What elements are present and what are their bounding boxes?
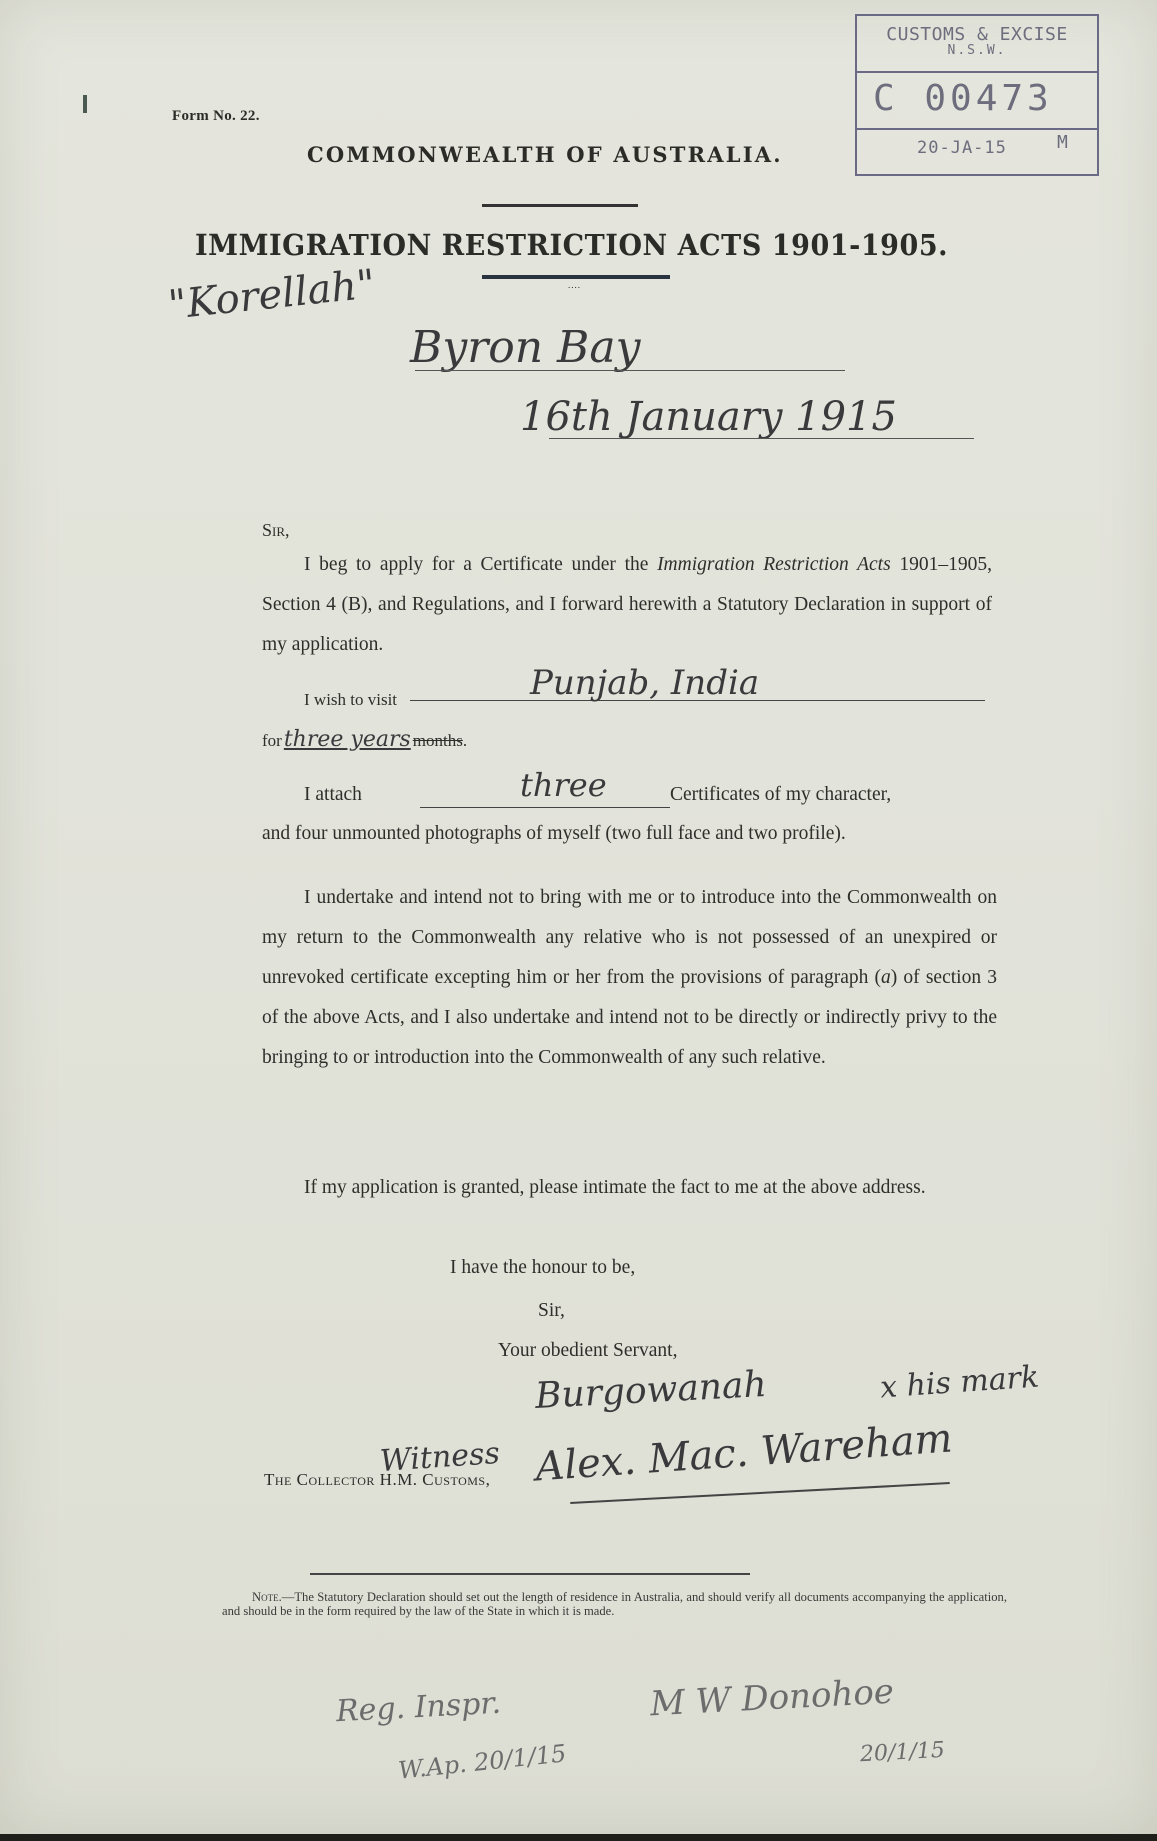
paragraph-application: I beg to apply for a Certificate under t…: [262, 545, 992, 665]
pencil-donohoe: M W Donohoe: [649, 1672, 895, 1725]
addressee: The Collector H.M. Customs,: [264, 1470, 490, 1490]
attach-rest: Certificates of my character,: [670, 775, 891, 815]
attach-label: I attach: [304, 775, 362, 815]
title-dots: ....: [568, 280, 581, 290]
pin-mark: [83, 95, 87, 113]
header-commonwealth: COMMONWEALTH OF AUSTRALIA.: [307, 142, 783, 167]
date-line: [549, 438, 974, 439]
applicant-mark: x his mark: [879, 1359, 1040, 1405]
handwritten-date: 16th January 1915: [520, 394, 897, 440]
footnote: Note.—The Statutory Declaration should s…: [222, 1590, 1007, 1618]
customs-stamp: CUSTOMS & EXCISE N.S.W. C 00473 20-JA-15…: [855, 14, 1099, 176]
stamp-line1: CUSTOMS & EXCISE: [857, 24, 1097, 45]
photos-line: and four unmounted photographs of myself…: [262, 814, 846, 854]
note-divider: [310, 1573, 750, 1575]
stamp-initial: M: [1057, 132, 1068, 153]
duration-row: forthree yearsmonths.: [262, 720, 467, 761]
duration-value: three years: [282, 727, 413, 752]
document-page: Form No. 22. CUSTOMS & EXCISE N.S.W. C 0…: [0, 0, 1157, 1834]
stamp-date: 20-JA-15: [917, 138, 1007, 158]
place-line: [415, 370, 845, 371]
pencil-donohoe-initials: 20/1/15: [859, 1738, 945, 1767]
stamp-number: C 00473: [873, 78, 1053, 119]
divider-rule: [482, 204, 638, 207]
divider-rule: [482, 275, 670, 279]
pencil-reg-initials: W.Ap. 20/1/15: [397, 1739, 568, 1784]
witness-signature: Alex. Mac. Wareham: [534, 1415, 954, 1490]
page-bottom-edge: [0, 1834, 1157, 1841]
salutation: Sir,: [262, 510, 290, 550]
struck-months: months: [413, 731, 463, 750]
handwritten-place: Byron Bay: [410, 322, 640, 373]
document-title: IMMIGRATION RESTRICTION ACTS 1901-1905.: [195, 228, 948, 262]
applicant-signature: Burgowanah: [534, 1364, 768, 1417]
pencil-reg-inspector: Reg. Inspr.: [335, 1686, 502, 1730]
attach-field-line: [420, 807, 670, 808]
closing-line3: Your obedient Servant,: [498, 1331, 677, 1371]
closing-line2: Sir,: [538, 1291, 565, 1331]
closing-line1: I have the honour to be,: [450, 1248, 635, 1288]
paragraph-undertaking: I undertake and intend not to bring with…: [262, 878, 997, 1078]
visit-destination: Punjab, India: [530, 663, 759, 703]
form-number: Form No. 22.: [172, 108, 260, 125]
handwritten-ship-name: "Korellah": [166, 261, 377, 328]
paragraph-intimate: If my application is granted, please int…: [262, 1168, 997, 1208]
stamp-line2: N.S.W.: [857, 43, 1097, 58]
attach-count: three: [520, 766, 607, 804]
visit-label: I wish to visit: [304, 680, 397, 720]
witness-underline: [570, 1482, 950, 1504]
